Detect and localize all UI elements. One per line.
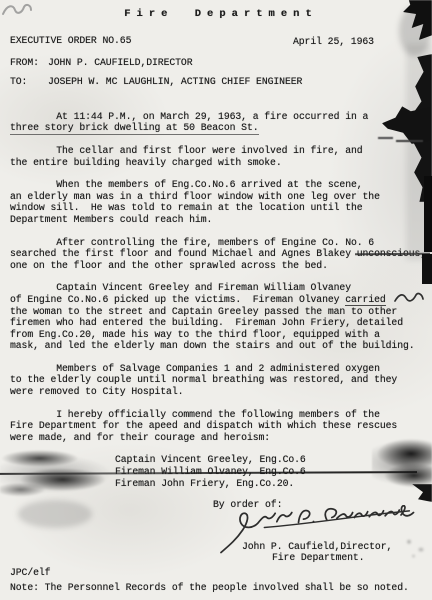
paragraph-4-text-end: one on the floor and the other sprawled …: [10, 260, 328, 271]
paragraph-5: Captain Vincent Greeley and Fireman Will…: [10, 282, 432, 352]
paragraph-2: The cellar and first floor were involved…: [10, 145, 432, 168]
footer-note: Note: The Personnel Records of the peopl…: [10, 582, 432, 594]
to-value: JOSEPH W. MC LAUGHLIN, ACTING CHIEF ENGI…: [48, 76, 302, 88]
commendation-row: Fireman John Friery, Eng.Co.20.: [115, 478, 432, 490]
paragraph-5-text: Captain Vincent Greeley and Fireman Will…: [10, 282, 351, 305]
document-date: April 25, 1963: [293, 36, 374, 48]
paragraph-1: At 11:44 P.M., on March 29, 1963, a fire…: [10, 111, 432, 134]
document-content: Fire Department EXECUTIVE ORDER NO.65 Ap…: [0, 0, 432, 600]
underlined-word-carried-text: carried: [345, 294, 385, 305]
underlined-word-carried: carried: [345, 294, 385, 306]
signer-organization: Fire Department.: [272, 552, 364, 564]
commendation-row-struck: Fireman William Olvaney, Eng.Co.6: [115, 466, 432, 478]
pen-squiggle-icon: [394, 291, 424, 305]
paragraph-3: When the members of Eng.Co.No.6 arrived …: [10, 179, 432, 225]
paragraph-1-text: At 11:44 P.M., on March 29, 1963, a fire…: [10, 111, 368, 122]
paragraph-5-text-end: the woman to the street and Captain Gree…: [10, 306, 415, 352]
from-value: JOHN P. CAUFIELD,DIRECTOR: [48, 57, 192, 69]
paragraph-6: Members of Salvage Companies 1 and 2 adm…: [10, 363, 432, 398]
order-row: EXECUTIVE ORDER NO.65 April 25, 1963: [10, 35, 432, 47]
closing-block: By order of:: [10, 499, 432, 563]
order-number: EXECUTIVE ORDER NO.65: [10, 35, 131, 46]
paragraph-4: After controlling the fire, members of E…: [10, 237, 432, 272]
from-label: FROM:: [10, 57, 48, 69]
underlined-address-phrase: three story brick dwelling at 50 Beacon …: [10, 122, 259, 135]
smudged-word: unconscious,: [357, 248, 426, 259]
typist-initials: JPC/elf: [10, 567, 432, 579]
commendation-row: Captain Vincent Greeley, Eng.Co.6: [115, 454, 432, 466]
paragraph-4-text: After controlling the fire, members of E…: [10, 237, 374, 260]
to-row: TO: JOSEPH W. MC LAUGHLIN, ACTING CHIEF …: [10, 76, 432, 88]
signer-name: John P. Caufield,Director,: [242, 541, 392, 553]
document-title: Fire Department: [10, 9, 432, 21]
scanned-document-page: Fire Department EXECUTIVE ORDER NO.65 Ap…: [0, 0, 432, 600]
paragraph-7: I hereby officially commend the followin…: [10, 409, 432, 444]
from-row: FROM: JOHN P. CAUFIELD,DIRECTOR: [10, 57, 432, 69]
to-label: TO:: [10, 76, 48, 88]
commendation-list: Captain Vincent Greeley, Eng.Co.6 Firema…: [115, 454, 432, 489]
